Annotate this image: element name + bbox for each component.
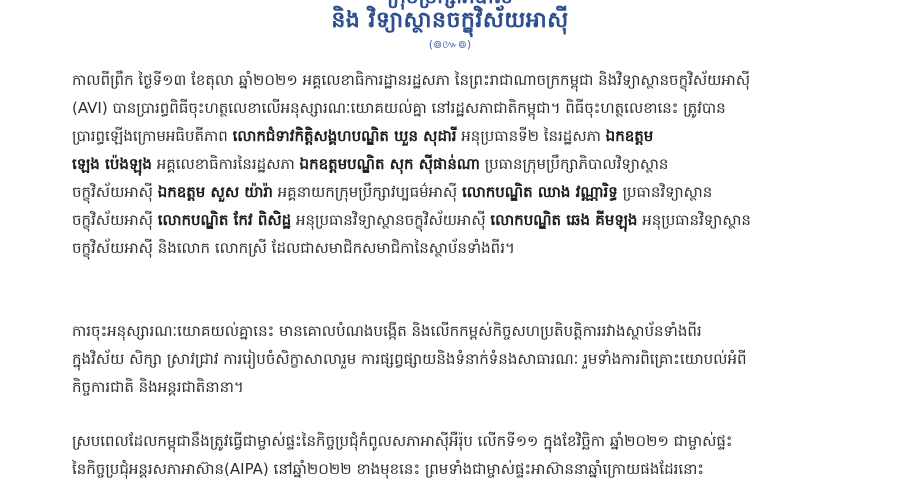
paragraph-line: នៃកិច្ចប្រជុំអន្តរសភាអាស៊ាន(AIPA) នៅឆ្នា… <box>72 455 826 483</box>
paragraph-line: ចក្ខុវិស័យអាស៊ី លោកបណ្ឌិត កែវ ពិសិដ្ឋ អន… <box>72 206 826 234</box>
paragraph-line: កិច្ចការជាតិ និងអន្តរជាតិនានា។ <box>72 373 826 401</box>
paragraph-line: ចក្ខុវិស័យអាស៊ី ឯកឧត្តម សួស យ៉ារ៉ា អគ្គន… <box>72 178 826 206</box>
paragraph-line: ក្នុងវិស័យ សិក្សា ស្រាវជ្រាវ ការរៀបចំសិក… <box>72 345 826 373</box>
paragraph-line: ស្របពេលដែលកម្ពុជានឹងត្រូវធ្វើជាម្ចាស់ផ្ទ… <box>72 427 826 455</box>
text-run: ចក្ខុវិស័យអាស៊ី និងលោក លោកស្រី ដែលជាសមាជ… <box>72 239 515 257</box>
text-run: ប្រធានវិទ្យាស្ថាន <box>618 183 712 201</box>
paragraph-line: (AVI) បានប្រារព្ធពិធីចុះហត្ថលេខាលើអនុស្ស… <box>72 94 826 122</box>
bold-name-run: ឯកឧត្តម <box>606 127 654 145</box>
bold-name-run: ឯកឧត្តម សួស យ៉ារ៉ា <box>158 183 273 201</box>
bold-name-run: ឡេង ប៉េងឡុង <box>72 155 152 173</box>
text-run: អនុប្រធានវិទ្យាស្ថាន <box>637 211 750 229</box>
text-run: (AVI) បានប្រារព្ធពិធីចុះហត្ថលេខាលើអនុស្ស… <box>72 99 726 117</box>
bold-name-run: លោកបណ្ឌិត កែវ ពិសិដ្ឋ <box>158 211 292 229</box>
text-run: កាលពីព្រឹក ថ្ងៃទី១៣ ខែតុលា ឆ្នាំ២០២១ អគ្… <box>72 71 750 89</box>
bold-name-run: ឯកឧត្តមបណ្ឌិត សុក ស៊ីផាន់ណា <box>300 155 480 173</box>
paragraph-line: ការចុះអនុស្សារណៈយោគយល់គ្នានេះ មានគោលបំណង… <box>72 317 826 345</box>
document-page: ក្រុមប្រឹក្សាភិបាល និង វិទ្យាស្ថានចក្ខុវ… <box>0 0 900 500</box>
bold-name-run: លោកជំទាវកិត្តិសង្គហបណ្ឌិត ឃួន សុដារី <box>233 127 457 145</box>
text-run: ស្របពេលដែលកម្ពុជានឹងត្រូវធ្វើជាម្ចាស់ផ្ទ… <box>72 432 733 450</box>
paragraph-line: កាលពីព្រឹក ថ្ងៃទី១៣ ខែតុលា ឆ្នាំ២០២១ អគ្… <box>72 66 826 94</box>
ornament-divider: (៙៚៙) <box>0 38 900 52</box>
text-run: អនុប្រធានវិទ្យាស្ថានចក្ខុវិស័យអាស៊ី <box>291 211 490 229</box>
text-run: អគ្គលេខាធិការនៃរដ្ឋសភា <box>152 155 300 173</box>
text-run: ប្រធានក្រុមប្រឹក្សាភិបាលវិទ្យាស្ថាន <box>480 155 669 173</box>
text-run: ប្រារព្ធឡើងក្រោមអធិបតីភាព <box>72 127 233 145</box>
document-title: និង វិទ្យាស្ថានចក្ខុវិស័យអាស៊ី <box>0 6 900 36</box>
text-run: ក្នុងវិស័យ សិក្សា ស្រាវជ្រាវ ការរៀបចំសិក… <box>72 350 747 368</box>
paragraph-1: កាលពីព្រឹក ថ្ងៃទី១៣ ខែតុលា ឆ្នាំ២០២១ អគ្… <box>72 66 826 262</box>
text-run: នៃកិច្ចប្រជុំអន្តរសភាអាស៊ាន(AIPA) នៅឆ្នា… <box>72 460 704 478</box>
paragraph-2: ការចុះអនុស្សារណៈយោគយល់គ្នានេះ មានគោលបំណង… <box>72 317 826 401</box>
text-run: ចក្ខុវិស័យអាស៊ី <box>72 183 158 201</box>
text-run: អនុប្រធានទី២ នៃរដ្ឋសភា <box>457 127 606 145</box>
paragraph-line: ឡេង ប៉េងឡុង អគ្គលេខាធិការនៃរដ្ឋសភា ឯកឧត្… <box>72 150 826 178</box>
bold-name-run: លោកបណ្ឌិត ឆេង គីមឡុង <box>490 211 637 229</box>
text-run: អគ្គនាយកក្រុមប្រឹក្សាវប្បធម៌អាស៊ី <box>273 183 462 201</box>
paragraph-line: ប្រារព្ធឡើងក្រោមអធិបតីភាព លោកជំទាវកិត្តិ… <box>72 122 826 150</box>
bold-name-run: លោកបណ្ឌិត ឈាង វណ្ណារិទ្ធ <box>462 183 618 201</box>
text-run: កិច្ចការជាតិ និងអន្តរជាតិនានា។ <box>72 378 244 396</box>
text-run: ការចុះអនុស្សារណៈយោគយល់គ្នានេះ មានគោលបំណង… <box>72 322 702 340</box>
paragraph-3: ស្របពេលដែលកម្ពុជានឹងត្រូវធ្វើជាម្ចាស់ផ្ទ… <box>72 427 826 483</box>
paragraph-line: ចក្ខុវិស័យអាស៊ី និងលោក លោកស្រី ដែលជាសមាជ… <box>72 234 826 262</box>
text-run: ចក្ខុវិស័យអាស៊ី <box>72 211 158 229</box>
